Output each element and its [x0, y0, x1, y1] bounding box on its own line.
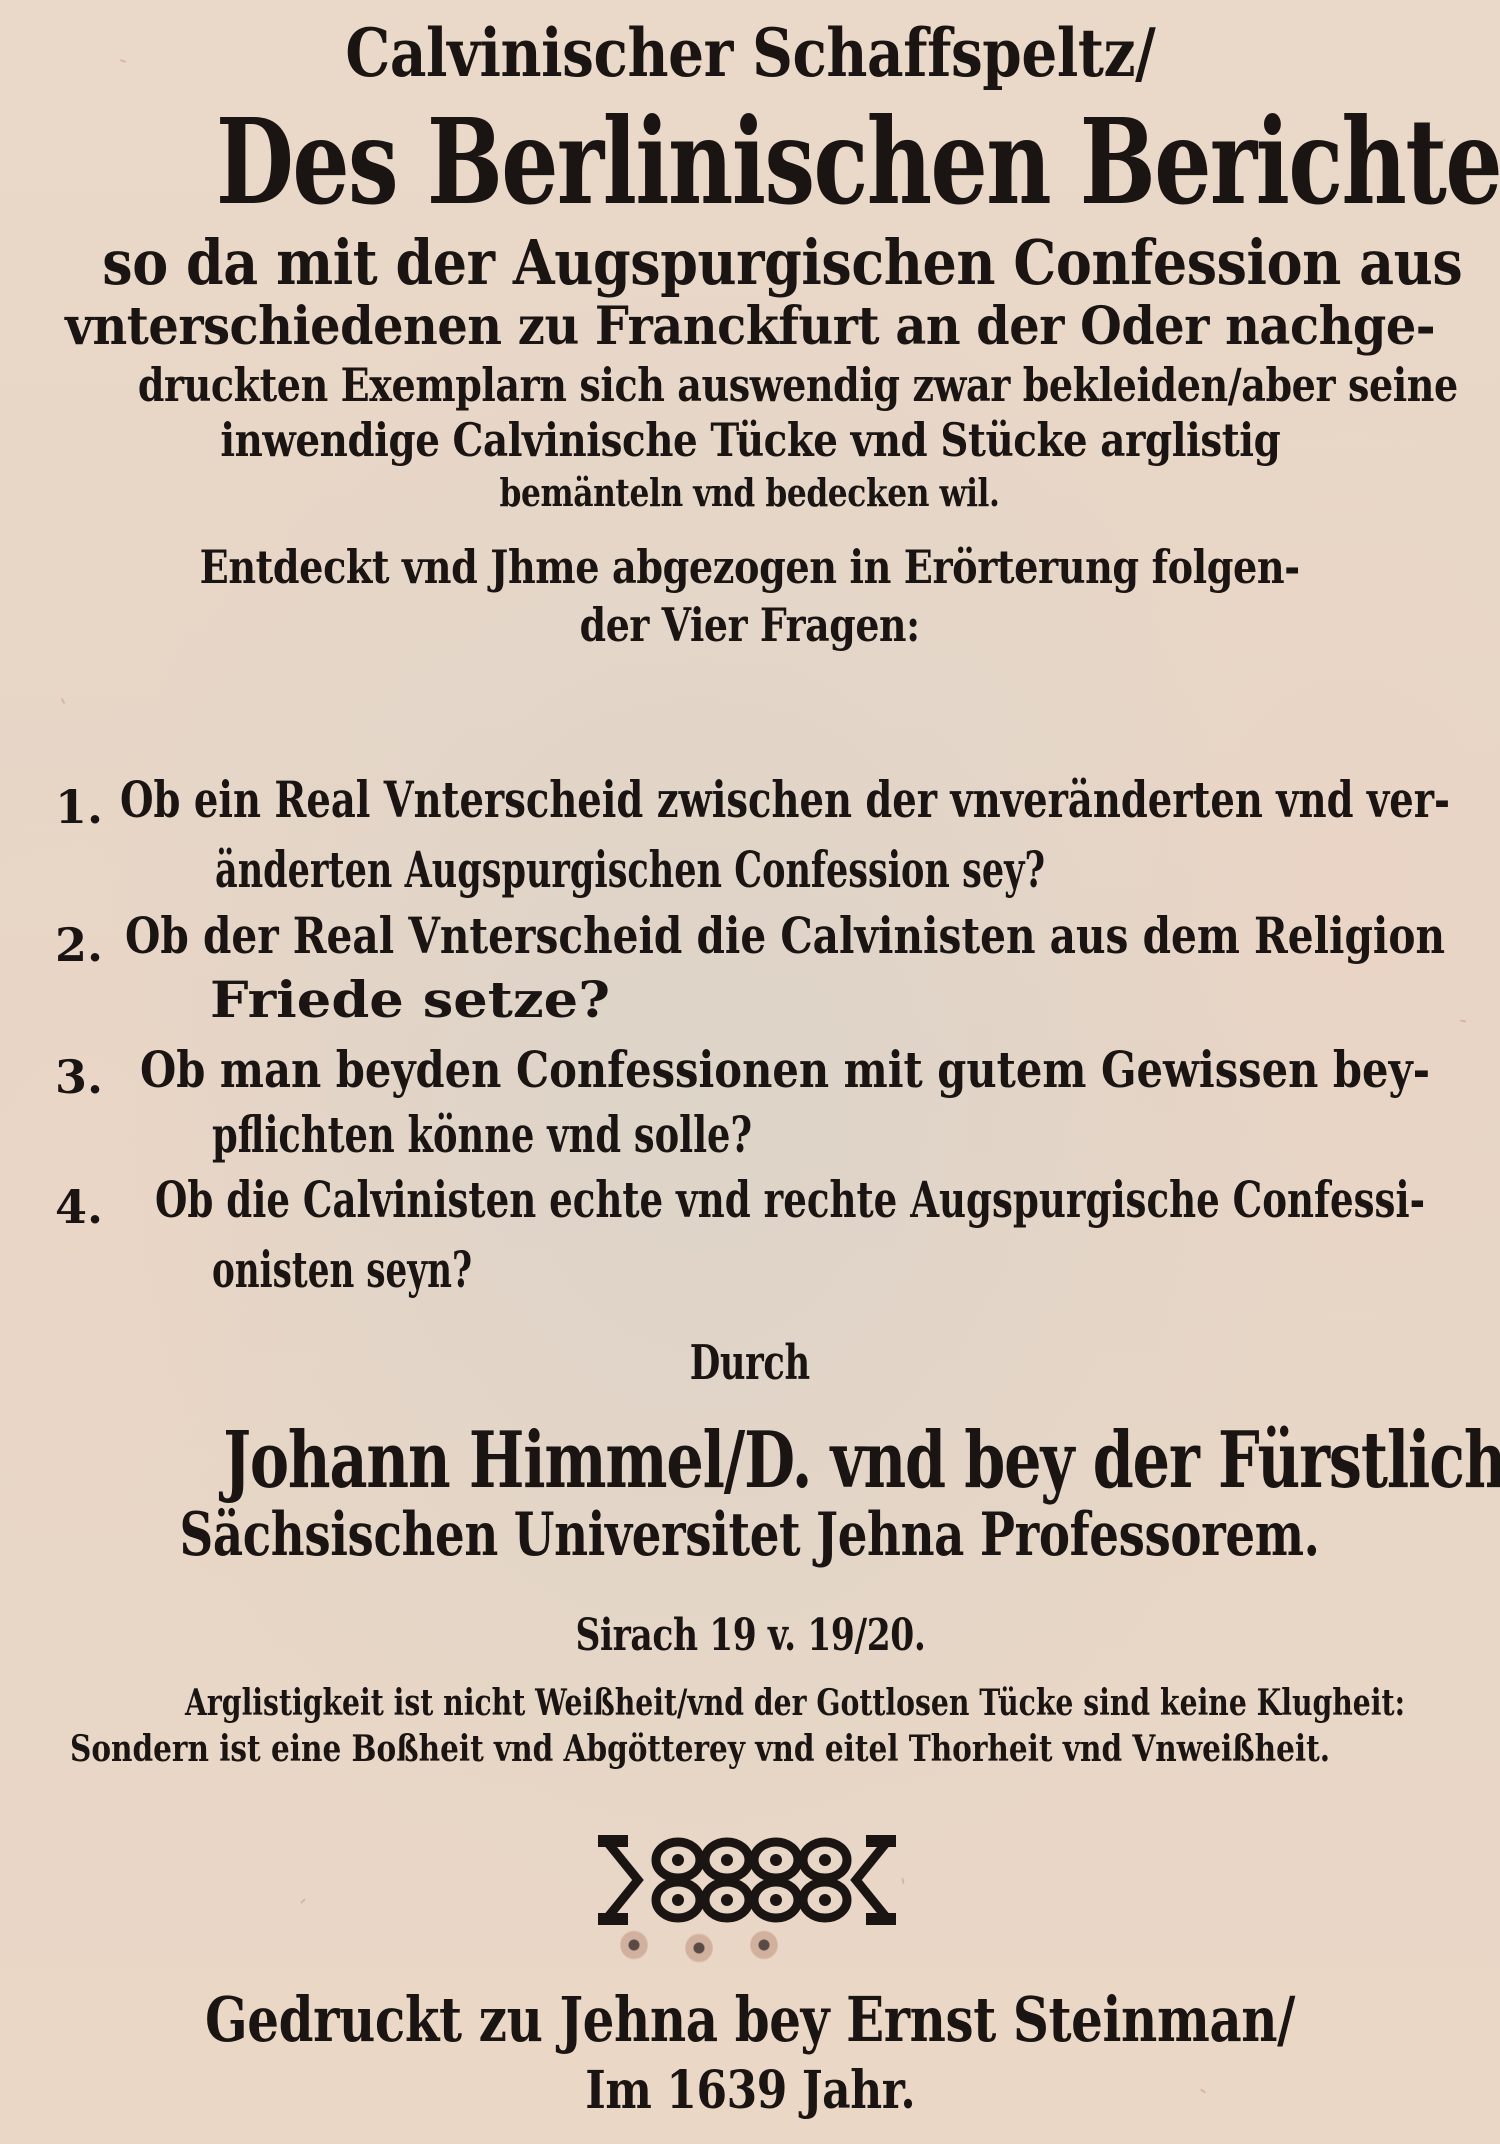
text-run: druckten Exemplarn sich auswendig zwar b…	[138, 358, 1458, 412]
question-number: 1.	[55, 780, 103, 834]
intro-line-1: Entdeckt vnd Jhme abgezogen in Erörterun…	[0, 540, 1500, 594]
text-run: Calvinischer Schaffspeltz/	[345, 14, 1155, 92]
question-line-2: pflichten könne vnd solle?	[212, 1105, 752, 1164]
text-run: inwendige Calvinische Tücke vnd Stücke a…	[220, 413, 1280, 467]
printer-line: Gedruckt zu Jehna bey Ernst Steinman/	[0, 1983, 1500, 2056]
title-line-1: Calvinischer Schaffspeltz/	[0, 14, 1500, 92]
text-run: Johann Himmel/D. vnd bey der Fürstlichen	[223, 1415, 1500, 1506]
epigraph-citation: Sirach 19 v. 19/20.	[0, 1610, 1500, 1661]
ink-dot	[685, 1933, 713, 1963]
author-name: Johann Himmel/D. vnd bey der Fürstlichen	[0, 1415, 1500, 1506]
question-number: 2.	[55, 918, 103, 972]
question-number: 4.	[55, 1180, 103, 1234]
question-line-1: Ob ein Real Vnterscheid zwischen der vnv…	[120, 770, 1450, 829]
author-affiliation: Sächsischen Universitet Jehna Professore…	[0, 1500, 1500, 1570]
text-run: vnterschiedenen zu Franckfurt an der Ode…	[65, 296, 1435, 357]
text-run: der Vier Fragen:	[580, 598, 920, 652]
by-label: Durch	[0, 1335, 1500, 1391]
ink-dot	[620, 1930, 648, 1960]
text-run: Sirach 19 v. 19/20.	[575, 1610, 925, 1661]
text-run: Im 1639 Jahr.	[585, 2060, 915, 2121]
text-run: Entdeckt vnd Jhme abgezogen in Erörterun…	[200, 540, 1300, 594]
text-run: bemänteln vnd bedecken wil.	[500, 470, 1000, 515]
question-line-2: änderten Augspurgischen Confession sey?	[215, 840, 1045, 899]
title-main-heading: Des Berlinischen Berichters	[0, 92, 1500, 231]
question-line-1: Ob man beyden Confessionen mit gutem Gew…	[140, 1040, 1430, 1099]
text-run: Sächsischen Universitet Jehna Professore…	[180, 1500, 1320, 1570]
question-number: 3.	[55, 1050, 103, 1104]
question-line-2: Friede setze?	[210, 970, 610, 1029]
title-line-5: druckten Exemplarn sich auswendig zwar b…	[0, 358, 1500, 412]
epigraph-line-1: Arglistigkeit ist nicht Weißheit/vnd der…	[185, 1682, 1405, 1724]
intro-line-2: der Vier Fragen:	[0, 598, 1500, 652]
question-line-1: Ob der Real Vnterscheid die Calvinisten …	[125, 906, 1445, 965]
text-run: Des Berlinischen Berichters	[216, 92, 1500, 231]
question-line-1: Ob die Calvinisten echte vnd rechte Augs…	[155, 1170, 1425, 1229]
text-run: so da mit der Augspurgischen Confession …	[102, 226, 1462, 299]
three-ink-dots-icon	[610, 1930, 850, 1960]
title-line-3: so da mit der Augspurgischen Confession …	[0, 226, 1500, 299]
title-line-6: inwendige Calvinische Tücke vnd Stücke a…	[0, 413, 1500, 467]
text-run: Durch	[690, 1335, 810, 1391]
question-line-2: onisten seyn?	[212, 1240, 472, 1299]
text-run: Gedruckt zu Jehna bey Ernst Steinman/	[205, 1983, 1295, 2056]
printers-ornament-icon	[598, 1835, 896, 1925]
epigraph-line-2: Sondern ist eine Boßheit vnd Abgötterey …	[70, 1728, 1330, 1770]
title-line-7: bemänteln vnd bedecken wil.	[0, 470, 1500, 515]
imprint-year: Im 1639 Jahr.	[0, 2060, 1500, 2121]
title-line-4: vnterschiedenen zu Franckfurt an der Ode…	[0, 296, 1500, 357]
ink-dot	[750, 1930, 778, 1960]
